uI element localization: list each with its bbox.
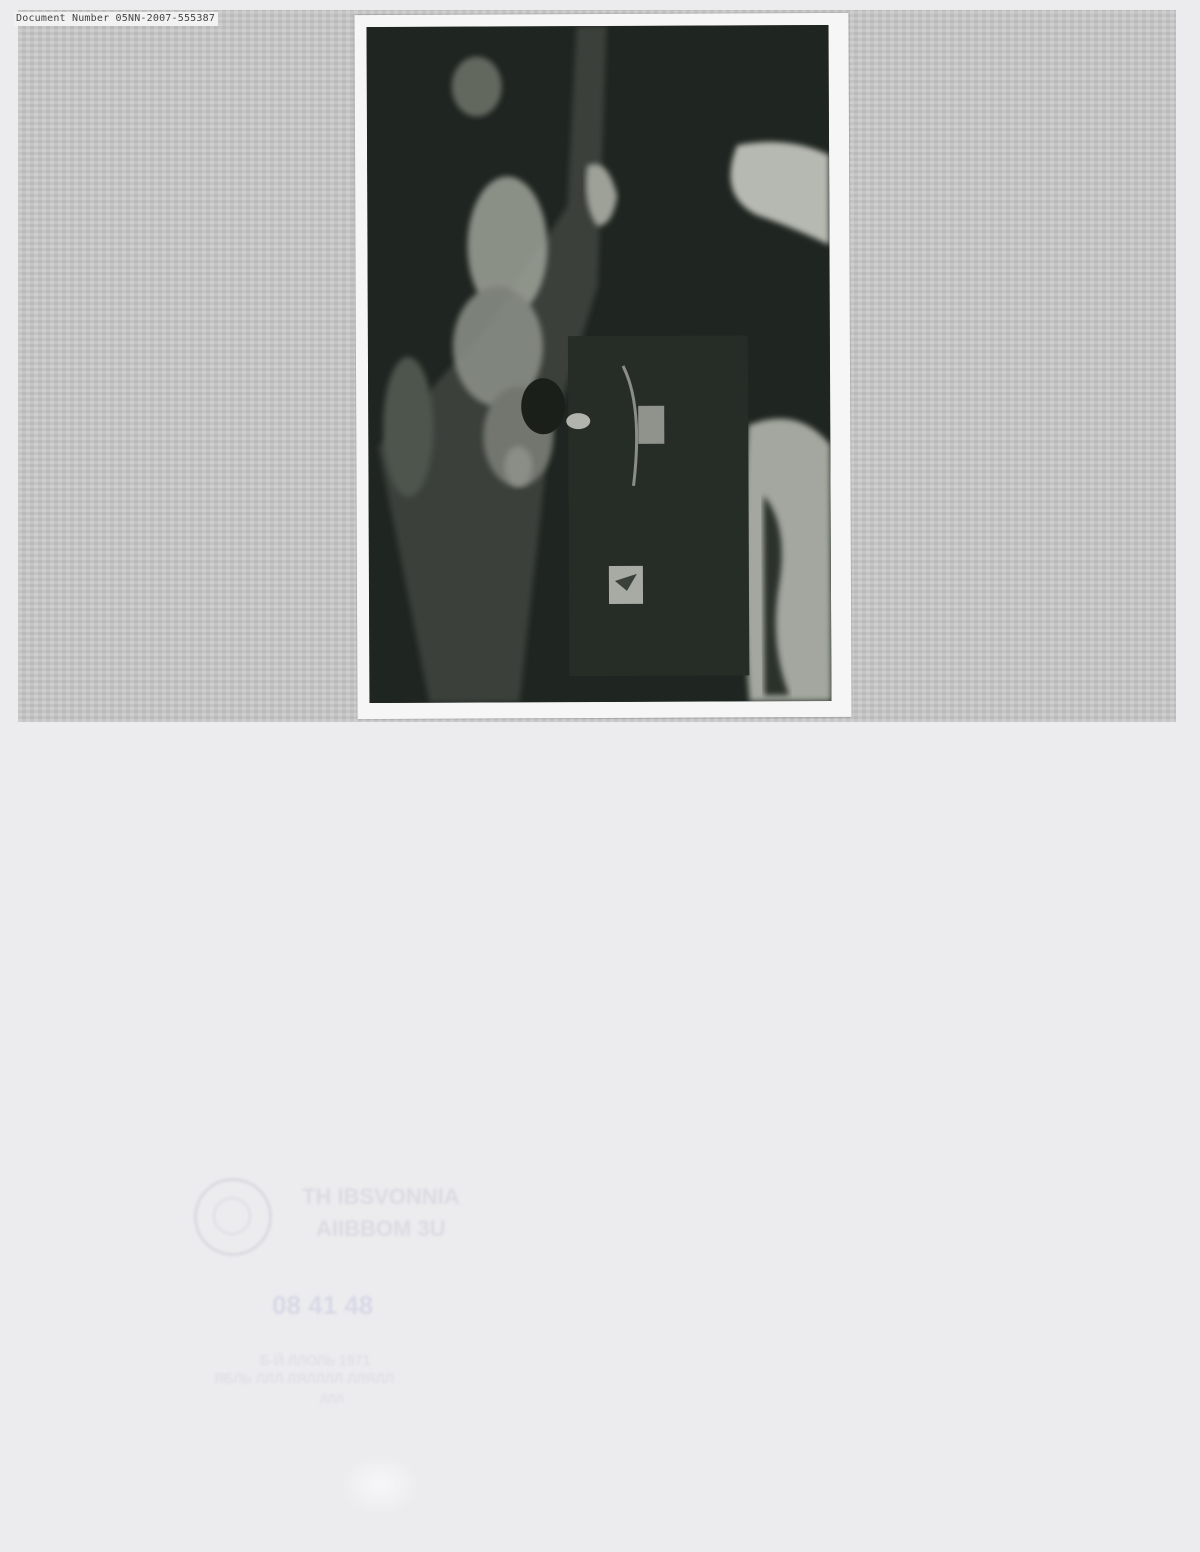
photo-image <box>367 25 832 703</box>
document-number: Document Number 05NN-2007-555387 <box>14 12 218 26</box>
stamp-line: AIIBBOM 3U <box>316 1216 446 1242</box>
photo-frame <box>354 13 851 719</box>
paper-smudge <box>340 1455 420 1515</box>
stamp-line: TH IBSVONNIA <box>302 1184 460 1210</box>
stamp-line: ЯБЛЬ ЛЛЛ ЛЯЛЛЛЛ ЛЛЯЛЛ <box>214 1370 394 1386</box>
stamp-line: ЛЛЛ <box>320 1392 344 1406</box>
stamp-line: Б-Й ЛЛОЛЬ 1971 <box>260 1352 370 1368</box>
stamp-number: 08 41 48 <box>272 1290 373 1321</box>
seal-emblem-icon <box>194 1178 272 1256</box>
faded-stamp-bleedthrough: TH IBSVONNIA AIIBBOM 3U 08 41 48 Б-Й ЛЛО… <box>180 1170 520 1430</box>
garden-photograph <box>367 25 832 703</box>
